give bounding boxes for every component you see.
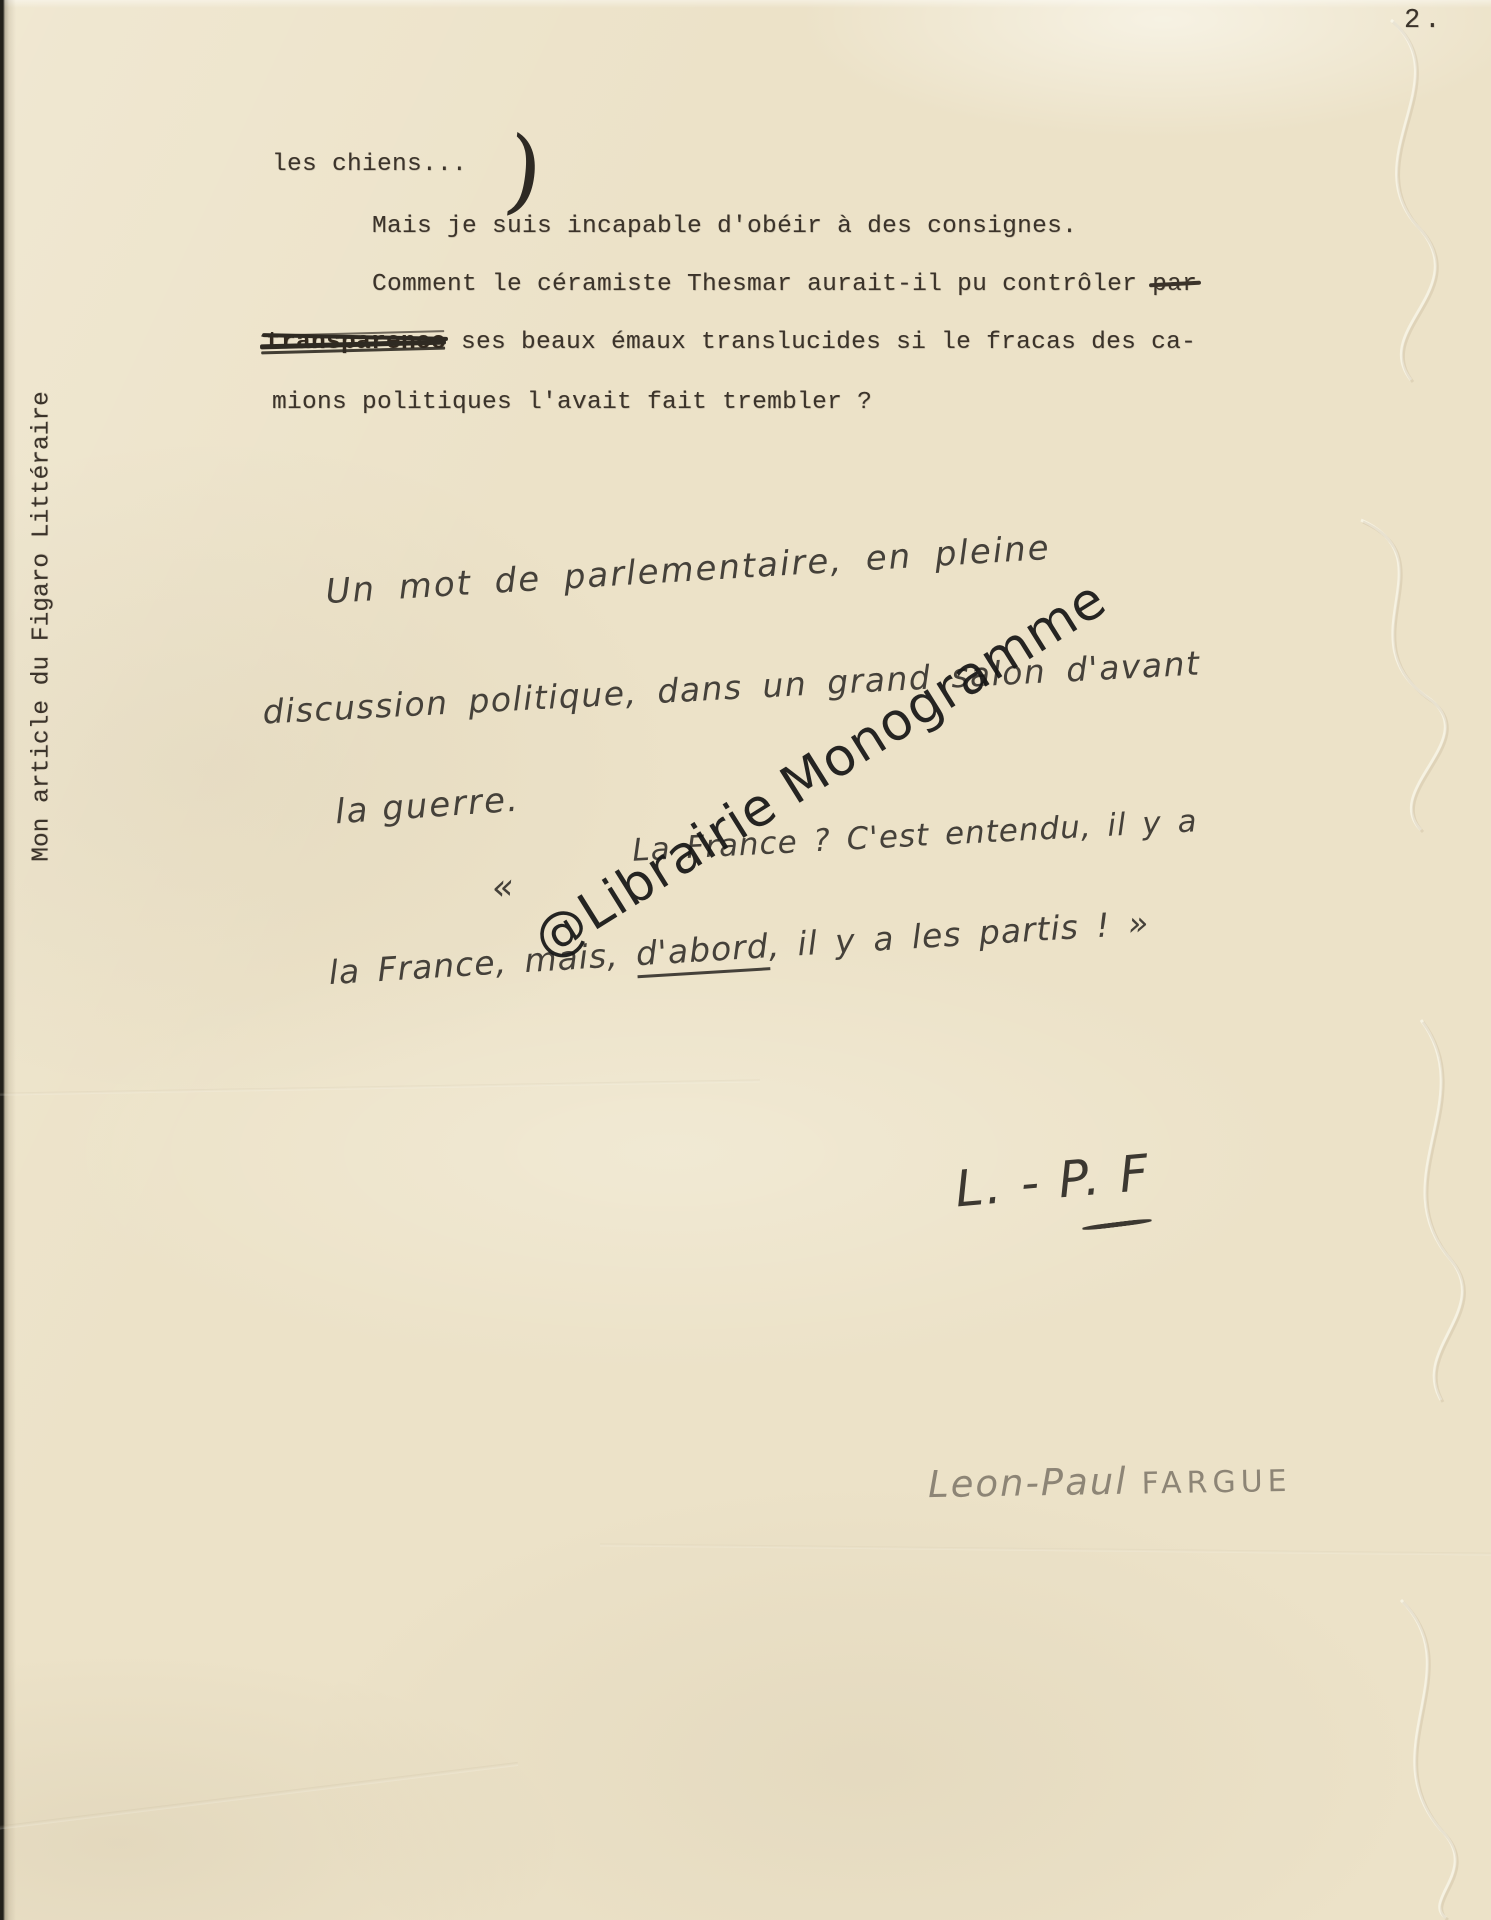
handwritten-line-2: discussion politique, dans un grand salo… (262, 643, 1202, 732)
typed-line-5: mions politiques l'avait fait trembler ? (272, 388, 872, 417)
typed-text: ses beaux émaux translucides si le fraca… (446, 329, 1196, 356)
typed-line-2: Mais je suis incapable d'obéir à des con… (372, 212, 1077, 241)
manuscript-page: 2. Mon article du Figaro Littéraire les … (0, 0, 1491, 1920)
paper-crease (0, 1762, 518, 1834)
pencil-attribution-note: Leon-PaulFARGUE (928, 1457, 1292, 1506)
handwritten-line-3: la guerre. (334, 780, 521, 834)
signature-flourish (1082, 1218, 1152, 1231)
typed-text: les chiens... (272, 151, 467, 178)
paper-crease (600, 1543, 1491, 1555)
typed-line-4: transparence ses beaux émaux translucide… (266, 328, 1196, 357)
pencil-name-caps: FARGUE (1141, 1464, 1292, 1502)
page-number: 2. (1404, 6, 1444, 36)
paper-crease (0, 1079, 760, 1095)
page-left-edge (0, 0, 16, 1920)
handwritten-line-1: Un mot de parlementaire, en pleine (324, 528, 1051, 613)
handwritten-closing-paren: ) (501, 124, 548, 220)
page-top-edge (0, 0, 1491, 8)
author-initials-signature: L. - P. F (953, 1144, 1153, 1219)
underlined-word-dabord: d'abord (635, 926, 770, 978)
handwritten-open-quote: « (490, 865, 517, 910)
struck-word-par: par (1152, 270, 1197, 299)
embossed-stationery-mark (1271, 0, 1491, 1920)
handwritten-line-5: la France, mais, d'abord, il y a les par… (328, 903, 1151, 993)
margin-note-vertical: Mon article du Figaro Littéraire (29, 389, 56, 865)
typed-line-3: Comment le céramiste Thesmar aurait-il p… (372, 270, 1197, 299)
typed-text: Comment le céramiste Thesmar aurait-il p… (372, 271, 1152, 298)
handwritten-text: , il y a les partis ! » (767, 903, 1150, 965)
pencil-name-script: Leon-Paul (928, 1460, 1128, 1506)
typed-line-1: les chiens... (272, 150, 467, 179)
struck-word-transparence: transparence (266, 328, 446, 357)
